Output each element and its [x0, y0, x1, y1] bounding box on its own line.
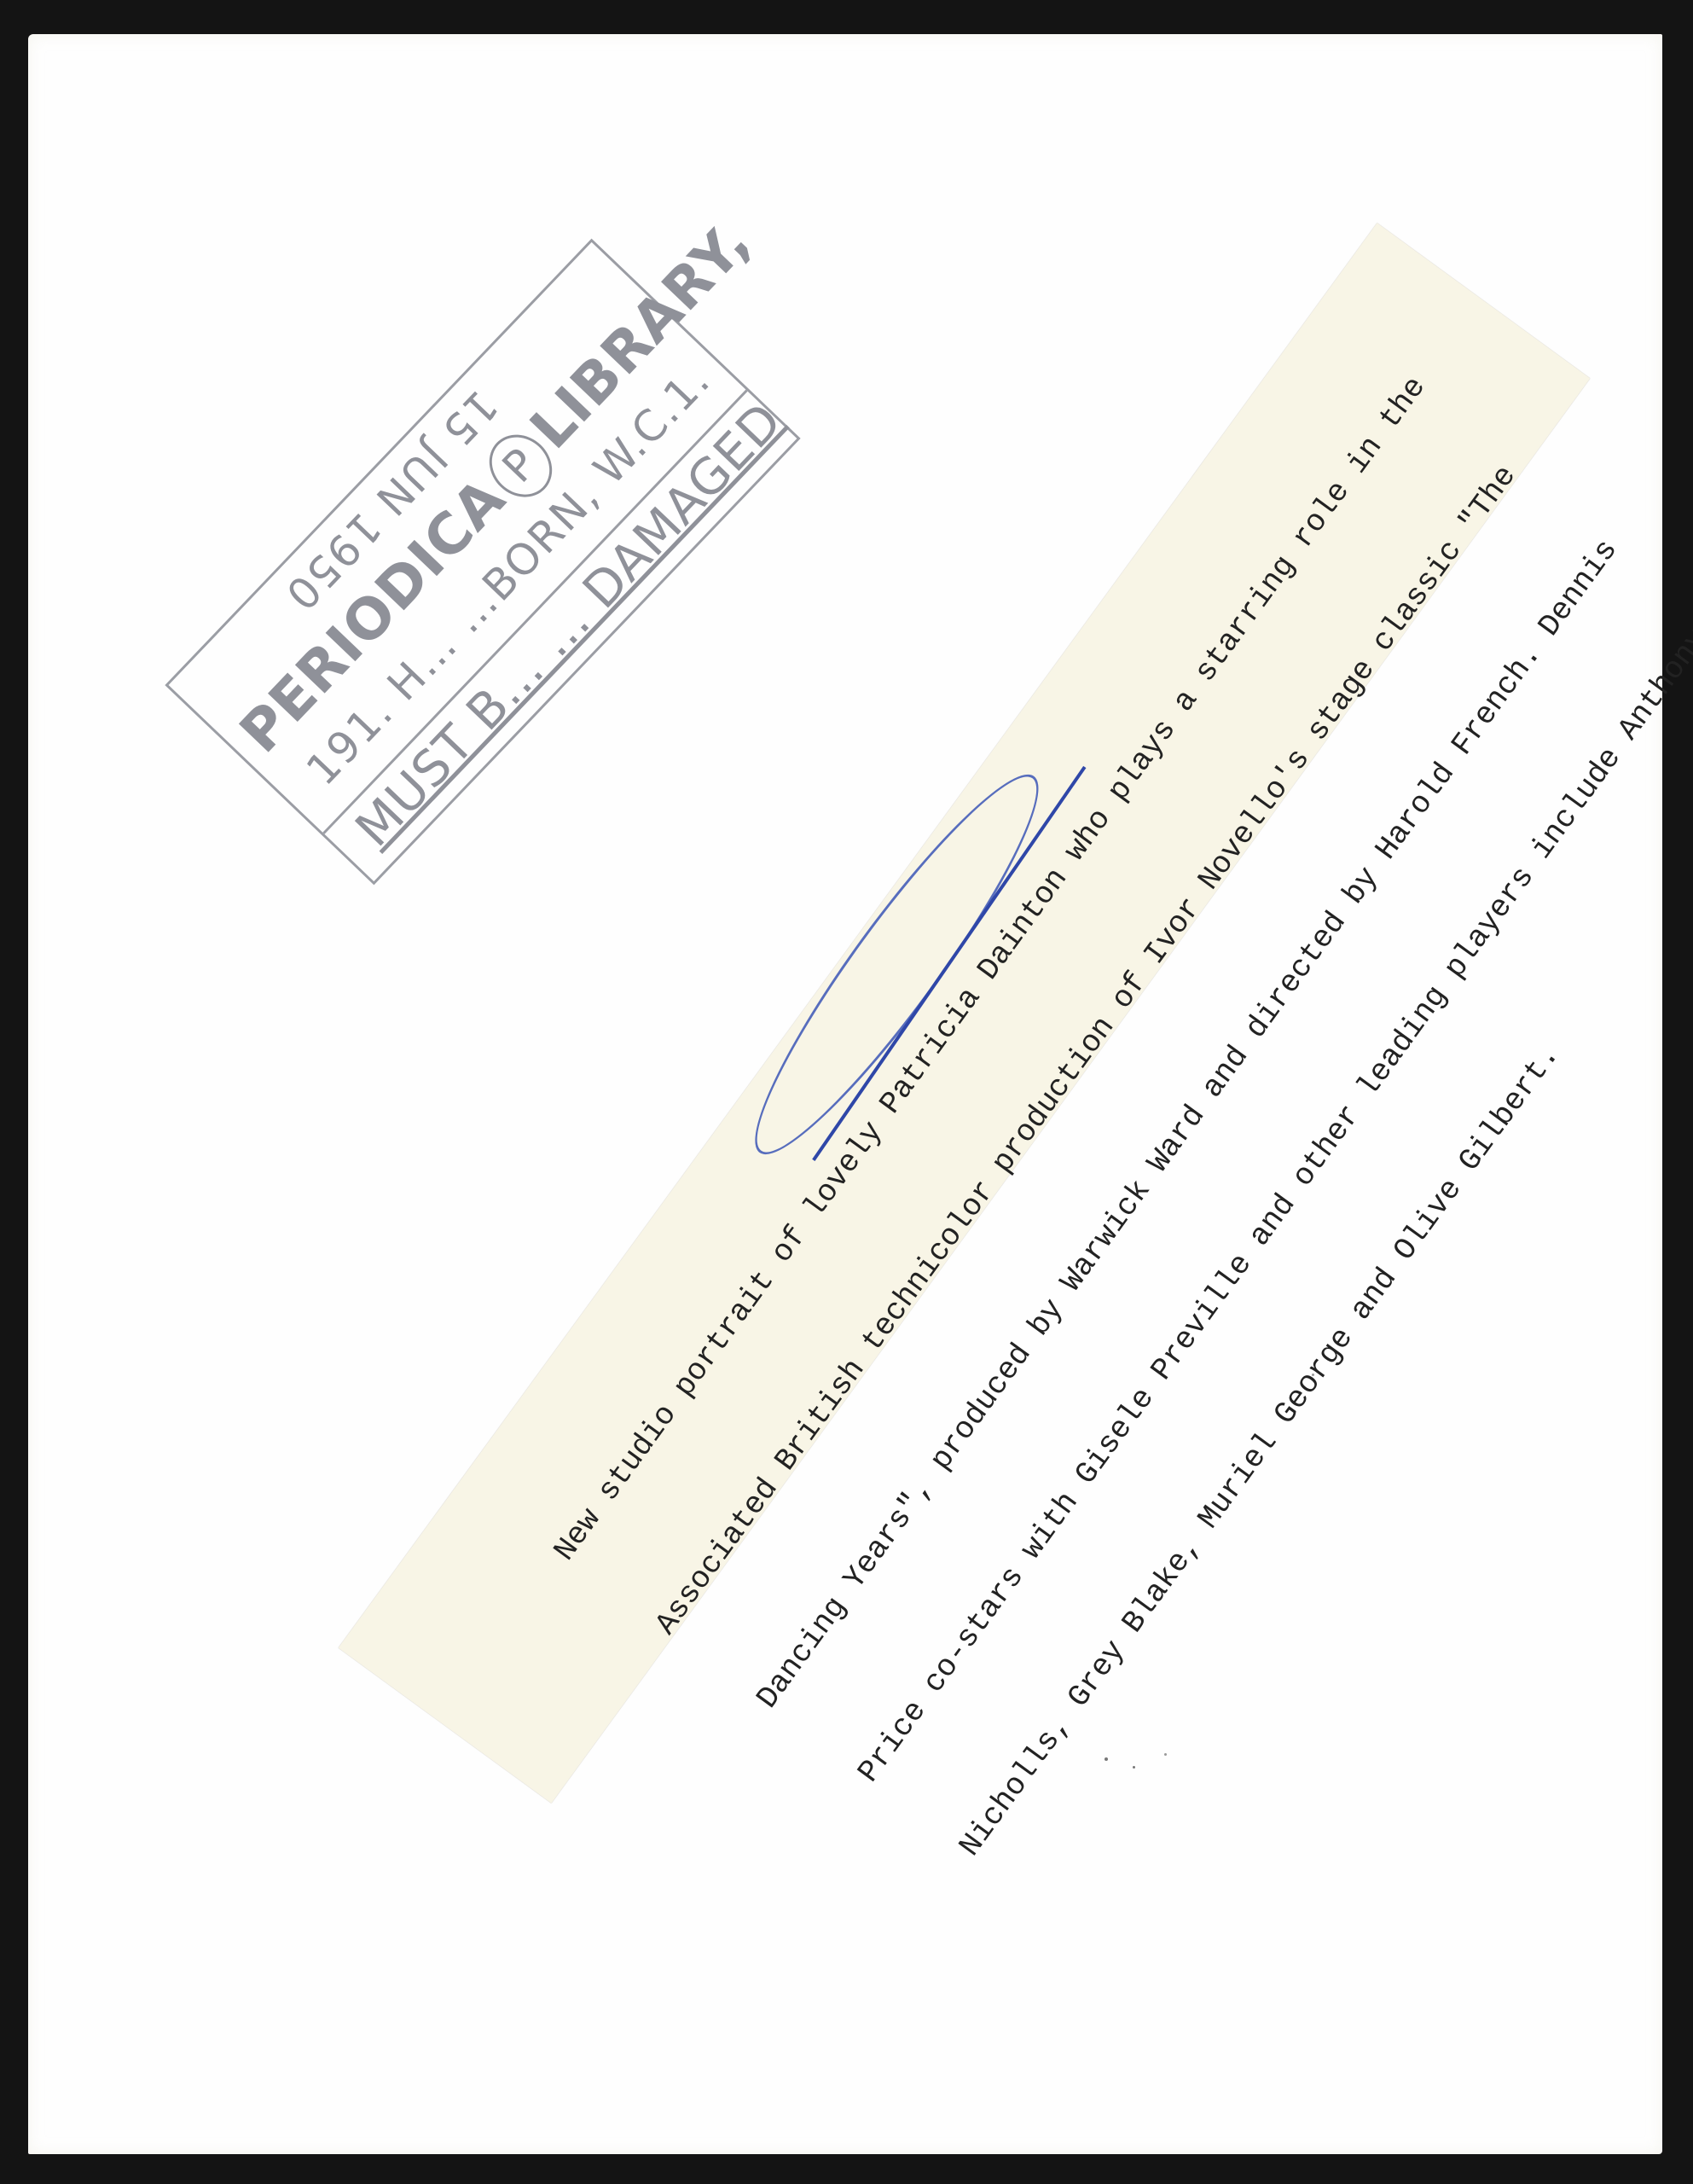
library-stamp: 15 JUN 1950 PERIODICAPLIBRARY, 191. H… …… [165, 239, 800, 886]
photo-back-paper: 15 JUN 1950 PERIODICAPLIBRARY, 191. H… …… [28, 34, 1662, 2154]
paper-speck [1312, 1374, 1314, 1376]
paper-speck [1164, 1753, 1167, 1756]
paper-speck [1105, 1757, 1108, 1761]
paper-speck [1133, 1766, 1135, 1769]
